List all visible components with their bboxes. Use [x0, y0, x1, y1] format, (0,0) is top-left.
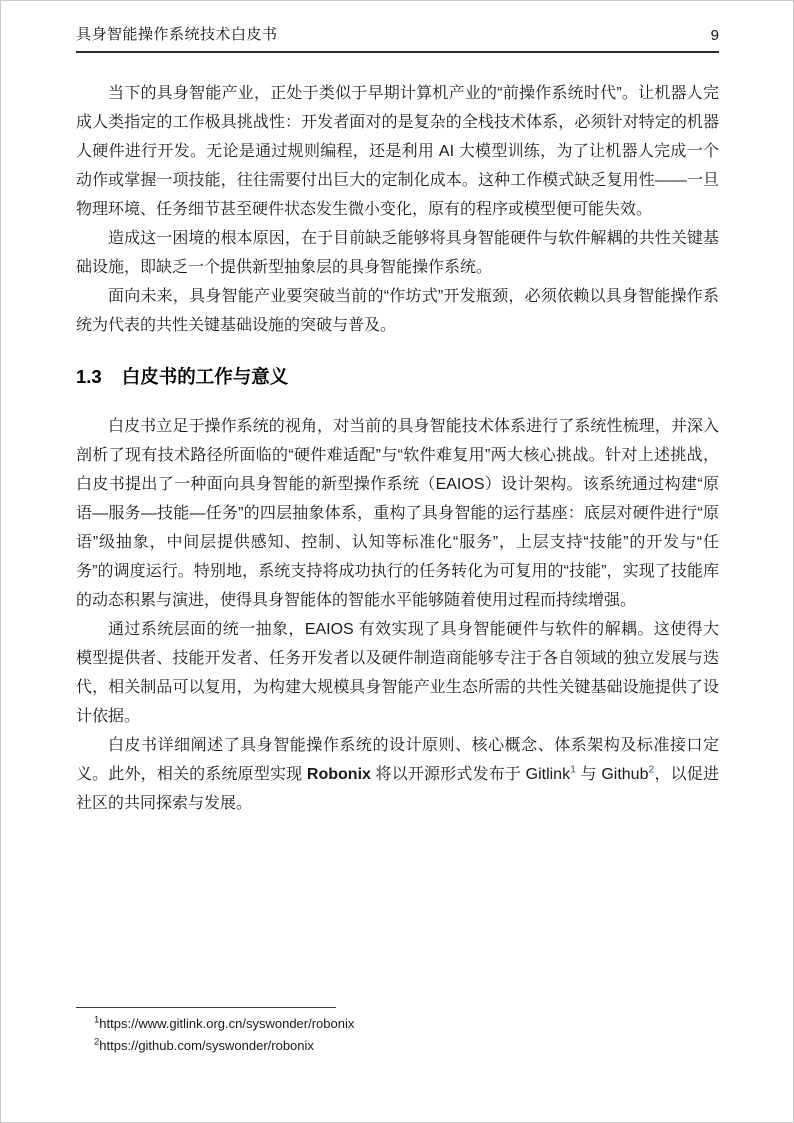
robonix-product-name: Robonix	[307, 766, 371, 783]
intro-paragraph-1: 当下的具身智能产业，正处于类似于早期计算机产业的“前操作系统时代”。让机器人完成…	[76, 79, 719, 224]
final-paragraph-text: 将以开源形式发布于 Gitlink	[371, 766, 570, 783]
section-title: 白皮书的工作与意义	[122, 366, 289, 387]
footnote-2-url[interactable]: https://github.com/syswonder/robonix	[99, 1038, 314, 1053]
intro-paragraph-2: 造成这一困境的根本原因，在于目前缺乏能够将具身智能硬件与软件解耦的共性关键基础设…	[76, 224, 719, 282]
section-paragraph-2: 通过系统层面的统一抽象，EAIOS 有效实现了具身智能硬件与软件的解耦。这使得大…	[76, 615, 719, 731]
footnote-divider	[76, 1007, 336, 1008]
final-paragraph-text: 与 Github	[576, 766, 649, 783]
document-page: 具身智能操作系统技术白皮书 9 当下的具身智能产业，正处于类似于早期计算机产业的…	[0, 0, 794, 1123]
final-paragraph: 白皮书详细阐述了具身智能操作系统的设计原则、核心概念、体系架构及标准接口定义。此…	[76, 731, 719, 818]
footnote-1: 1https://www.gitlink.org.cn/syswonder/ro…	[76, 1013, 354, 1035]
page-header: 具身智能操作系统技术白皮书 9	[76, 23, 719, 53]
page-body: 当下的具身智能产业，正处于类似于早期计算机产业的“前操作系统时代”。让机器人完成…	[76, 79, 719, 818]
intro-paragraph-3: 面向未来，具身智能产业要突破当前的“作坊式”开发瓶颈，必须依赖以具身智能操作系统…	[76, 282, 719, 340]
footnote-1-url[interactable]: https://www.gitlink.org.cn/syswonder/rob…	[99, 1016, 354, 1031]
header-title: 具身智能操作系统技术白皮书	[76, 23, 278, 44]
section-heading: 1.3白皮书的工作与意义	[76, 364, 719, 390]
footnote-2: 2https://github.com/syswonder/robonix	[76, 1035, 354, 1057]
section-paragraph-1: 白皮书立足于操作系统的视角，对当前的具身智能技术体系进行了系统性梳理，并深入剖析…	[76, 412, 719, 615]
section-number: 1.3	[76, 366, 102, 387]
page-number: 9	[711, 27, 719, 44]
footnotes-section: 1https://www.gitlink.org.cn/syswonder/ro…	[76, 1007, 354, 1057]
